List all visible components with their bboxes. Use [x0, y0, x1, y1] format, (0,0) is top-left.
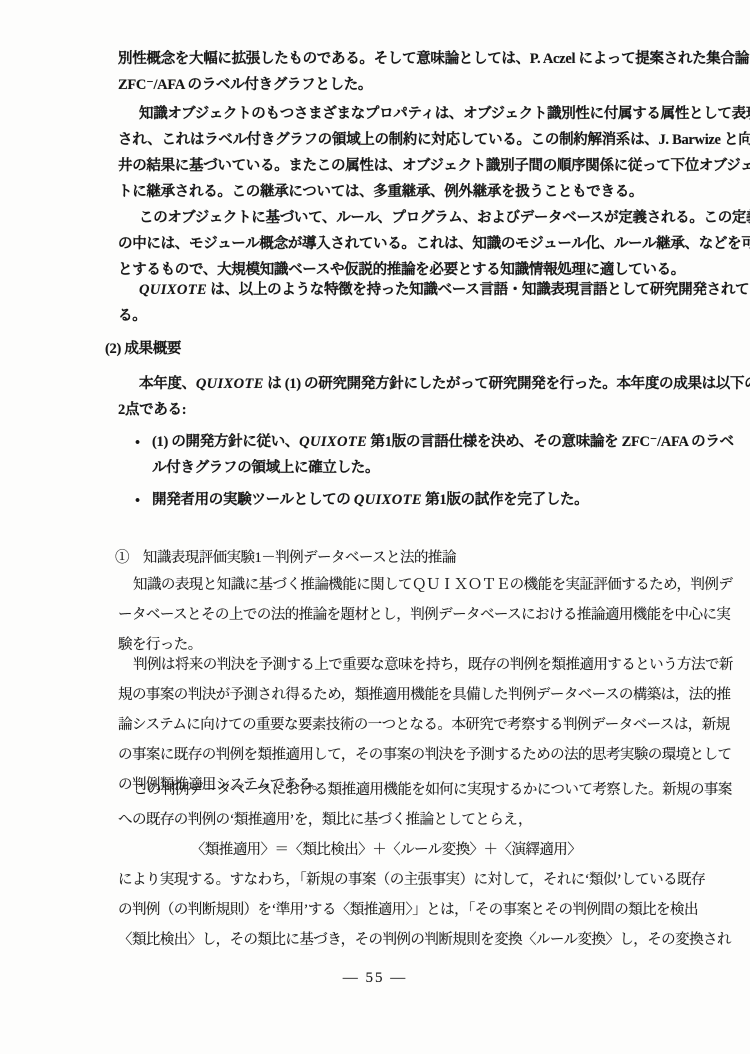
text-line: 別性概念を大幅に拡張したものである。そして意味論としては、P. Aczel によ… [118, 46, 696, 72]
text-line: 知識オブジェクトのもつさまざまなプロパティは、オブジェクト識別性に付属する属性と… [118, 101, 696, 127]
text-line: 開発者用の実験ツールとしての QUIXOTE 第1版の試作を完了した。 [152, 487, 697, 513]
text-line: の事案に既存の判例を類推適用して，その事案の判決を予測するための法的思考実験の環… [118, 740, 696, 770]
text-line: 知識の表現と知識に基づく推論機能に関してＱＵＩＸＯＴＥの機能を実証評価するため，… [118, 570, 696, 600]
paragraph: 知識の表現と知識に基づく推論機能に関してＱＵＩＸＯＴＥの機能を実証評価するため，… [118, 570, 696, 660]
text-line: 井の結果に基づいている。またこの属性は、オブジェクト識別子間の順序関係に従って下… [118, 153, 696, 179]
text-line: 〈類比検出〉し，その類比に基づき，その判例の判断規則を変換〈ルール変換〉し，その… [118, 925, 696, 955]
document-page: — 55 — 別性概念を大幅に拡張したものである。そして意味論としては、P. A… [0, 0, 750, 1054]
text-line: この判例データベースにおける類推適用機能を如何に実現するかについて考察した。新規… [118, 775, 696, 805]
bullet-icon: • [135, 430, 140, 456]
quixote-wordmark: QUIXOTE [196, 376, 264, 392]
text-line: 〈類推適用〉＝〈類比検出〉＋〈ルール変換〉＋〈演繹適用〉 [118, 835, 696, 865]
section-heading: (2) 成果概要 [105, 336, 683, 362]
quixote-wordmark: QUIXOTE [139, 282, 207, 298]
text-line: 2点である: [118, 397, 696, 423]
page-number: — 55 — [0, 970, 750, 987]
quixote-wordmark: QUIXOTE [354, 492, 422, 508]
text-line: の中には、モジュール概念が導入されている。これは、知識のモジュール化、ルール継承… [118, 231, 696, 257]
text-line: 論システムに向けての重要な要素技術の一つとなる。本研究で考察する判例データベース… [118, 710, 696, 740]
paragraph: このオブジェクトに基づいて、ルール、プログラム、およびデータベースが定義される。… [118, 205, 696, 283]
text-line: 判例は将来の判決を予測する上で重要な意味を持ち，既存の判例を類推適用するという方… [118, 650, 696, 680]
bullet-icon: • [135, 488, 140, 514]
text-line: 本年度、QUIXOTE は (1) の研究開発方針にしたがって研究開発を行った。… [118, 371, 696, 397]
paragraph: 別性概念を大幅に拡張したものである。そして意味論としては、P. Aczel によ… [118, 46, 696, 98]
text-line: る。 [118, 303, 696, 329]
text-line: トに継承される。この継承については、多重継承、例外継承を扱うこともできる。 [118, 179, 696, 205]
text-line: への既存の判例の‘類推適用’を，類比に基づく推論としてとらえ， [118, 805, 696, 835]
text-line: の判例（の判断規則）を‘準用’する〈類推適用〉」とは，「その事案とその判例間の類… [118, 895, 696, 925]
text-line: (2) 成果概要 [105, 336, 683, 362]
text-line: 規の事案の判決が予測され得るため，類推適用機能を具備した判例データベースの構築は… [118, 680, 696, 710]
text-line: このオブジェクトに基づいて、ルール、プログラム、およびデータベースが定義される。… [118, 205, 696, 231]
text-line: ① 知識表現評価実験1－判例データベースと法的推論 [115, 543, 693, 573]
bullet-item: •(1) の開発方針に従い、QUIXOTE 第1版の言語仕様を決め、その意味論を… [152, 429, 697, 481]
quixote-wordmark: QUIXOTE [299, 434, 367, 450]
text-line: ZFC⁻/AFA のラベル付きグラフとした。 [118, 72, 696, 98]
text-line: により実現する。すなわち，「新規の事案（の主張事実）に対して，それに‘類似’して… [118, 865, 696, 895]
formula-line: 〈類推適用〉＝〈類比検出〉＋〈ルール変換〉＋〈演繹適用〉 [118, 835, 696, 865]
text-line: ータベースとその上での法的推論を題材とし，判例データベースにおける推論適用機能を… [118, 600, 696, 630]
paragraph: QUIXOTE は、以上のような特徴を持った知識ベース言語・知識表現言語として研… [118, 277, 696, 329]
text-line: QUIXOTE は、以上のような特徴を持った知識ベース言語・知識表現言語として研… [118, 277, 696, 303]
paragraph: 知識オブジェクトのもつさまざまなプロパティは、オブジェクト識別性に付属する属性と… [118, 101, 696, 205]
bullet-item: •開発者用の実験ツールとしての QUIXOTE 第1版の試作を完了した。 [152, 487, 697, 513]
paragraph: この判例データベースにおける類推適用機能を如何に実現するかについて考察した。新規… [118, 775, 696, 835]
paragraph: 本年度、QUIXOTE は (1) の研究開発方針にしたがって研究開発を行った。… [118, 371, 696, 423]
subsection-heading: ① 知識表現評価実験1－判例データベースと法的推論 [115, 543, 693, 573]
paragraph: により実現する。すなわち，「新規の事案（の主張事実）に対して，それに‘類似’して… [118, 865, 696, 955]
text-line: (1) の開発方針に従い、QUIXOTE 第1版の言語仕様を決め、その意味論を … [152, 429, 697, 455]
text-line: ル付きグラフの領域上に確立した。 [152, 455, 697, 481]
text-line: され、これはラベル付きグラフの領域上の制約に対応している。この制約解消系は、J.… [118, 127, 696, 153]
